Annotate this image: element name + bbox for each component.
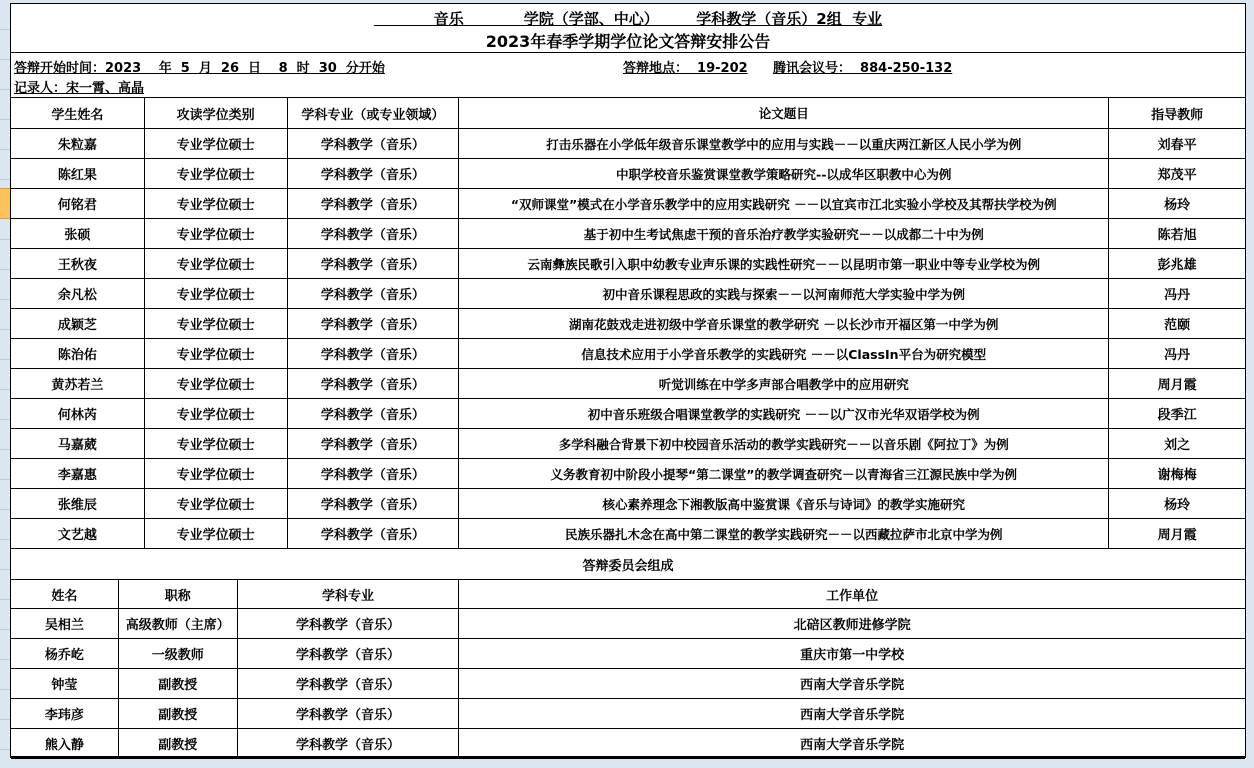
major-cell: 学科教学（音乐）	[288, 249, 460, 278]
supervisor-cell: 刘春平	[1109, 129, 1245, 158]
thesis-title-cell: 核心素养理念下湘教版高中鉴赏课《音乐与诗词》的教学实施研究	[459, 489, 1109, 518]
major-cell: 学科教学（音乐）	[288, 339, 460, 368]
supervisor-cell: 周月霞	[1109, 519, 1245, 548]
row-highlight-marker	[0, 188, 10, 219]
supervisor-cell: 刘之	[1109, 429, 1245, 458]
student-row: 陈治佑 专业学位硕士 学科教学（音乐） 信息技术应用于小学音乐教学的实践研究 －…	[11, 339, 1245, 369]
degree-type-cell: 专业学位硕士	[145, 399, 288, 428]
committee-section-title: 答辩委员会组成	[11, 549, 1245, 579]
degree-type-cell: 专业学位硕士	[145, 279, 288, 308]
thesis-title-cell: 云南彝族民歌引入职中幼教专业声乐课的实践性研究－－以昆明市第一职业中等专业学校为…	[459, 249, 1109, 278]
thesis-title-cell: 初中音乐班级合唱课堂教学的实践研究 －－以广汉市光华双语学校为例	[459, 399, 1109, 428]
thesis-title-cell: “双师课堂”模式在小学音乐教学中的应用实践研究 －－以宜宾市江北实验小学校及其帮…	[459, 189, 1109, 218]
degree-type-cell: 专业学位硕士	[145, 219, 288, 248]
spreadsheet-page: 音乐 学院（学部、中心） 学科教学（音乐）2组 专业 2023年春季学期学位论文…	[0, 0, 1254, 768]
committee-row: 杨乔屹 一级教师 学科教学（音乐） 重庆市第一中学校	[11, 639, 1245, 669]
student-row: 张维辰 专业学位硕士 学科教学（音乐） 核心素养理念下湘教版高中鉴赏课《音乐与诗…	[11, 489, 1245, 519]
major-cell: 学科教学（音乐）	[288, 489, 460, 518]
member-title-cell: 一级教师	[119, 639, 238, 668]
recorder: 记录人：宋一霄、高晶	[14, 77, 144, 96]
info-block: 答辩开始时间：2023 年 5 月 26 日 8 时 30 分开始 答辩地点： …	[11, 53, 1245, 98]
thesis-title-cell: 打击乐器在小学低年级音乐课堂教学中的应用与实践－－以重庆两江新区人民小学为例	[459, 129, 1109, 158]
member-name-cell: 钟莹	[11, 669, 119, 698]
student-name-cell: 王秋夜	[11, 249, 145, 278]
header-work-unit: 工作单位	[459, 580, 1245, 608]
member-work-unit-cell: 西南大学音乐学院	[459, 669, 1245, 698]
title-block: 音乐 学院（学部、中心） 学科教学（音乐）2组 专业 2023年春季学期学位论文…	[11, 4, 1245, 53]
major-cell: 学科教学（音乐）	[288, 279, 460, 308]
member-title-cell: 副教授	[119, 729, 238, 758]
committee-row: 钟莹 副教授 学科教学（音乐） 西南大学音乐学院	[11, 669, 1245, 699]
member-work-unit-cell: 北碚区教师进修学院	[459, 609, 1245, 638]
degree-type-cell: 专业学位硕士	[145, 249, 288, 278]
supervisor-cell: 段季江	[1109, 399, 1245, 428]
students-header-row: 学生姓名 攻读学位类别 学科专业（或专业领域） 论文题目 指导教师	[11, 98, 1245, 129]
student-row: 何林芮 专业学位硕士 学科教学（音乐） 初中音乐班级合唱课堂教学的实践研究 －－…	[11, 399, 1245, 429]
student-row: 黄苏若兰 专业学位硕士 学科教学（音乐） 听觉训练在中学多声部合唱教学中的应用研…	[11, 369, 1245, 399]
member-name-cell: 吴相兰	[11, 609, 119, 638]
major-cell: 学科教学（音乐）	[288, 399, 460, 428]
major-cell: 学科教学（音乐）	[288, 129, 460, 158]
major-cell: 学科教学（音乐）	[288, 369, 460, 398]
supervisor-cell: 谢梅梅	[1109, 459, 1245, 488]
header-degree-type: 攻读学位类别	[145, 98, 288, 128]
major-cell: 学科教学（音乐）	[288, 219, 460, 248]
student-row: 文艺越 专业学位硕士 学科教学（音乐） 民族乐器扎木念在高中第二课堂的教学实践研…	[11, 519, 1245, 549]
student-row: 陈红果 专业学位硕士 学科教学（音乐） 中职学校音乐鉴赏课堂教学策略研究--以成…	[11, 159, 1245, 189]
announcement-sheet: 音乐 学院（学部、中心） 学科教学（音乐）2组 专业 2023年春季学期学位论文…	[10, 3, 1246, 758]
major-cell: 学科教学（音乐）	[288, 459, 460, 488]
student-name-cell: 余凡松	[11, 279, 145, 308]
member-work-unit-cell: 西南大学音乐学院	[459, 729, 1245, 758]
page-title: 2023年春季学期学位论文答辩安排公告	[11, 31, 1245, 52]
major-cell: 学科教学（音乐）	[288, 519, 460, 548]
student-name-cell: 陈红果	[11, 159, 145, 188]
student-row: 马嘉葳 专业学位硕士 学科教学（音乐） 多学科融合背景下初中校园音乐活动的教学实…	[11, 429, 1245, 459]
student-row: 余凡松 专业学位硕士 学科教学（音乐） 初中音乐课程思政的实践与探索－－以河南师…	[11, 279, 1245, 309]
student-name-cell: 陈治佑	[11, 339, 145, 368]
header-member-name: 姓名	[11, 580, 119, 608]
degree-type-cell: 专业学位硕士	[145, 309, 288, 338]
sheet-left-gutter	[0, 0, 10, 768]
degree-type-cell: 专业学位硕士	[145, 519, 288, 548]
member-name-cell: 熊入静	[11, 729, 119, 758]
member-work-unit-cell: 重庆市第一中学校	[459, 639, 1245, 668]
degree-type-cell: 专业学位硕士	[145, 339, 288, 368]
committee-row: 熊入静 副教授 学科教学（音乐） 西南大学音乐学院	[11, 729, 1245, 759]
thesis-title-cell: 基于初中生考试焦虑干预的音乐治疗教学实验研究－－以成都二十中为例	[459, 219, 1109, 248]
member-major-cell: 学科教学（音乐）	[238, 669, 460, 698]
supervisor-cell: 周月霞	[1109, 369, 1245, 398]
thesis-title-cell: 义务教育初中阶段小提琴“第二课堂”的教学调查研究－以青海省三江源民族中学为例	[459, 459, 1109, 488]
degree-type-cell: 专业学位硕士	[145, 369, 288, 398]
degree-type-cell: 专业学位硕士	[145, 489, 288, 518]
major-cell: 学科教学（音乐）	[288, 309, 460, 338]
student-name-cell: 马嘉葳	[11, 429, 145, 458]
student-name-cell: 朱粒嘉	[11, 129, 145, 158]
member-name-cell: 李玮彦	[11, 699, 119, 728]
committee-row: 李玮彦 副教授 学科教学（音乐） 西南大学音乐学院	[11, 699, 1245, 729]
defense-location: 答辩地点： 19-202	[623, 57, 748, 76]
header-major: 学科专业（或专业领域）	[288, 98, 460, 128]
member-major-cell: 学科教学（音乐）	[238, 729, 460, 758]
member-major-cell: 学科教学（音乐）	[238, 609, 460, 638]
member-name-cell: 杨乔屹	[11, 639, 119, 668]
tencent-meeting-id: 腾讯会议号： 884-250-132	[773, 57, 952, 76]
thesis-title-cell: 湖南花鼓戏走进初级中学音乐课堂的教学研究 －以长沙市开福区第一中学为例	[459, 309, 1109, 338]
degree-type-cell: 专业学位硕士	[145, 459, 288, 488]
student-row: 李嘉惠 专业学位硕士 学科教学（音乐） 义务教育初中阶段小提琴“第二课堂”的教学…	[11, 459, 1245, 489]
student-name-cell: 张硕	[11, 219, 145, 248]
major-cell: 学科教学（音乐）	[288, 189, 460, 218]
major-cell: 学科教学（音乐）	[288, 429, 460, 458]
student-row: 朱粒嘉 专业学位硕士 学科教学（音乐） 打击乐器在小学低年级音乐课堂教学中的应用…	[11, 129, 1245, 159]
student-row: 成颖芝 专业学位硕士 学科教学（音乐） 湖南花鼓戏走进初级中学音乐课堂的教学研究…	[11, 309, 1245, 339]
degree-type-cell: 专业学位硕士	[145, 159, 288, 188]
thesis-title-cell: 听觉训练在中学多声部合唱教学中的应用研究	[459, 369, 1109, 398]
member-title-cell: 高级教师（主席）	[119, 609, 238, 638]
student-name-cell: 李嘉惠	[11, 459, 145, 488]
supervisor-cell: 杨玲	[1109, 189, 1245, 218]
students-table: 学生姓名 攻读学位类别 学科专业（或专业领域） 论文题目 指导教师 朱粒嘉 专业…	[11, 98, 1245, 549]
committee-header-row: 姓名 职称 学科专业 工作单位	[11, 579, 1245, 609]
defense-start-time: 答辩开始时间：2023 年 5 月 26 日 8 时 30 分开始	[14, 57, 385, 76]
committee-table: 姓名 职称 学科专业 工作单位 吴相兰 高级教师（主席） 学科教学（音乐） 北碚…	[11, 579, 1245, 759]
sheet-right-gutter	[1246, 0, 1254, 768]
supervisor-cell: 陈若旭	[1109, 219, 1245, 248]
supervisor-cell: 冯丹	[1109, 339, 1245, 368]
header-student-name: 学生姓名	[11, 98, 145, 128]
member-title-cell: 副教授	[119, 699, 238, 728]
header-supervisor: 指导教师	[1109, 98, 1245, 128]
thesis-title-cell: 民族乐器扎木念在高中第二课堂的教学实践研究－－以西藏拉萨市北京中学为例	[459, 519, 1109, 548]
member-major-cell: 学科教学（音乐）	[238, 699, 460, 728]
degree-type-cell: 专业学位硕士	[145, 429, 288, 458]
thesis-title-cell: 中职学校音乐鉴赏课堂教学策略研究--以成华区职教中心为例	[459, 159, 1109, 188]
student-row: 何铭君 专业学位硕士 学科教学（音乐） “双师课堂”模式在小学音乐教学中的应用实…	[11, 189, 1245, 219]
student-row: 王秋夜 专业学位硕士 学科教学（音乐） 云南彝族民歌引入职中幼教专业声乐课的实践…	[11, 249, 1245, 279]
student-name-cell: 文艺越	[11, 519, 145, 548]
member-major-cell: 学科教学（音乐）	[238, 639, 460, 668]
program-title-line: 音乐 学院（学部、中心） 学科教学（音乐）2组 专业	[11, 8, 1245, 31]
sheet-bottom-margin	[0, 758, 1254, 768]
committee-row: 吴相兰 高级教师（主席） 学科教学（音乐） 北碚区教师进修学院	[11, 609, 1245, 639]
header-member-major: 学科专业	[238, 580, 460, 608]
student-name-cell: 黄苏若兰	[11, 369, 145, 398]
header-thesis-title: 论文题目	[459, 98, 1109, 128]
major-cell: 学科教学（音乐）	[288, 159, 460, 188]
supervisor-cell: 冯丹	[1109, 279, 1245, 308]
student-name-cell: 何林芮	[11, 399, 145, 428]
supervisor-cell: 郑茂平	[1109, 159, 1245, 188]
degree-type-cell: 专业学位硕士	[145, 189, 288, 218]
member-work-unit-cell: 西南大学音乐学院	[459, 699, 1245, 728]
supervisor-cell: 彭兆雄	[1109, 249, 1245, 278]
student-name-cell: 何铭君	[11, 189, 145, 218]
header-member-title: 职称	[119, 580, 238, 608]
supervisor-cell: 杨玲	[1109, 489, 1245, 518]
student-name-cell: 张维辰	[11, 489, 145, 518]
student-row: 张硕 专业学位硕士 学科教学（音乐） 基于初中生考试焦虑干预的音乐治疗教学实验研…	[11, 219, 1245, 249]
thesis-title-cell: 多学科融合背景下初中校园音乐活动的教学实践研究－－以音乐剧《阿拉丁》为例	[459, 429, 1109, 458]
supervisor-cell: 范颐	[1109, 309, 1245, 338]
member-title-cell: 副教授	[119, 669, 238, 698]
thesis-title-cell: 信息技术应用于小学音乐教学的实践研究 －－以ClassIn平台为研究模型	[459, 339, 1109, 368]
degree-type-cell: 专业学位硕士	[145, 129, 288, 158]
thesis-title-cell: 初中音乐课程思政的实践与探索－－以河南师范大学实验中学为例	[459, 279, 1109, 308]
student-name-cell: 成颖芝	[11, 309, 145, 338]
